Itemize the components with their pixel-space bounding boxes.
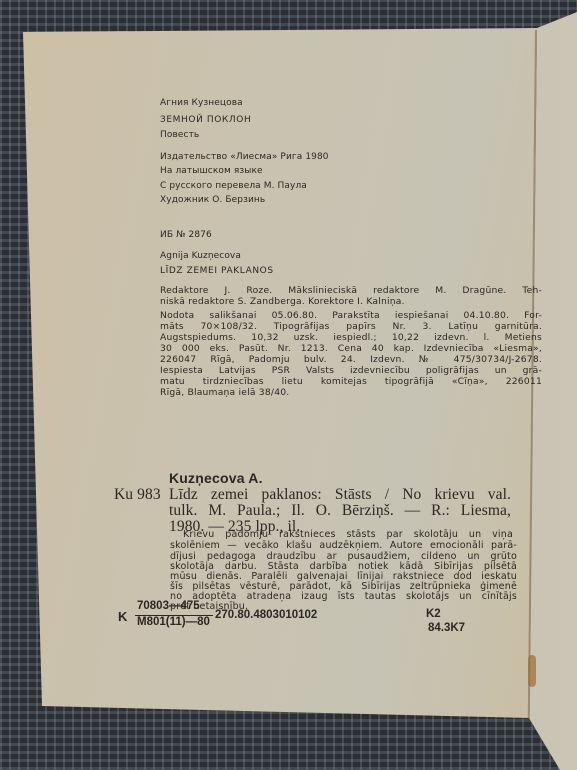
editors-line-1: Redaktore J. Roze. Mākslinieciskā redakt… bbox=[160, 285, 542, 296]
annotation-line-2: skolēniem — vecāko klašu audzēkņiem. Aut… bbox=[170, 541, 517, 551]
ru-language: На латышском языке bbox=[160, 166, 263, 176]
class-code-2: 84.3K7 bbox=[428, 622, 465, 634]
fraction-numerator: 70803—475 bbox=[137, 600, 200, 612]
ib-number: ИБ № 2876 bbox=[160, 230, 212, 240]
lv-title: LĪDZ ZEMEI PAKLANOS bbox=[160, 266, 274, 276]
fraction-denominator: M801(11)—80 bbox=[137, 616, 210, 628]
lv-author: Agnija Kuzņecova bbox=[160, 251, 241, 261]
production-line-8: Rīgā, Blaumaņa ielā 38/40. bbox=[160, 387, 289, 398]
production-line-7: matu tirdzniecības lietu komitejas tipog… bbox=[160, 376, 542, 387]
class-code-1: K2 bbox=[426, 608, 441, 620]
ru-publisher: Издательство «Лиесма» Рига 1980 bbox=[160, 152, 329, 162]
production-line-2: māts 70×108/32. Tipogrāfijas papīrs Nr. … bbox=[160, 321, 542, 332]
ru-genre: Повесть bbox=[160, 130, 199, 140]
production-line-6: Iespiesta Latvijas PSR Valsts izdevniecī… bbox=[160, 365, 542, 376]
production-line-5: 226047 Rīgā, Padomju bulv. 24. Izdevn. №… bbox=[160, 354, 542, 365]
catalog-heading: Kuzņecova A. bbox=[169, 470, 263, 486]
ru-title: ЗЕМНОЙ ПОКЛОН bbox=[160, 115, 251, 125]
production-line-3: Augstspiedums. 10,32 uzsk. iespiedl.; 10… bbox=[160, 332, 542, 343]
call-number: Ku 983 bbox=[114, 486, 161, 504]
production-line-4: 30 000 eks. Pasūt. Nr. 1213. Cena 40 kap… bbox=[160, 343, 542, 354]
catalog-code: 270.80.4803010102 bbox=[215, 609, 317, 621]
production-line-1: Nodota salikšanai 05.06.80. Parakstīta i… bbox=[160, 310, 542, 321]
ru-illustrator: Художник О. Берзинь bbox=[160, 195, 265, 205]
page-content: Агния Кузнецова ЗЕМНОЙ ПОКЛОН Повесть Из… bbox=[0, 0, 577, 770]
ru-translator: С русского перевела М. Паула bbox=[160, 181, 307, 191]
annotation-line-1: Krievu padomju rakstnieces stāsts par sk… bbox=[183, 530, 513, 540]
ru-author: Агния Кузнецова bbox=[160, 98, 243, 108]
editors-line-2: niskā redaktore S. Zandberga. Korektore … bbox=[160, 296, 405, 307]
k-label: K bbox=[118, 609, 127, 624]
